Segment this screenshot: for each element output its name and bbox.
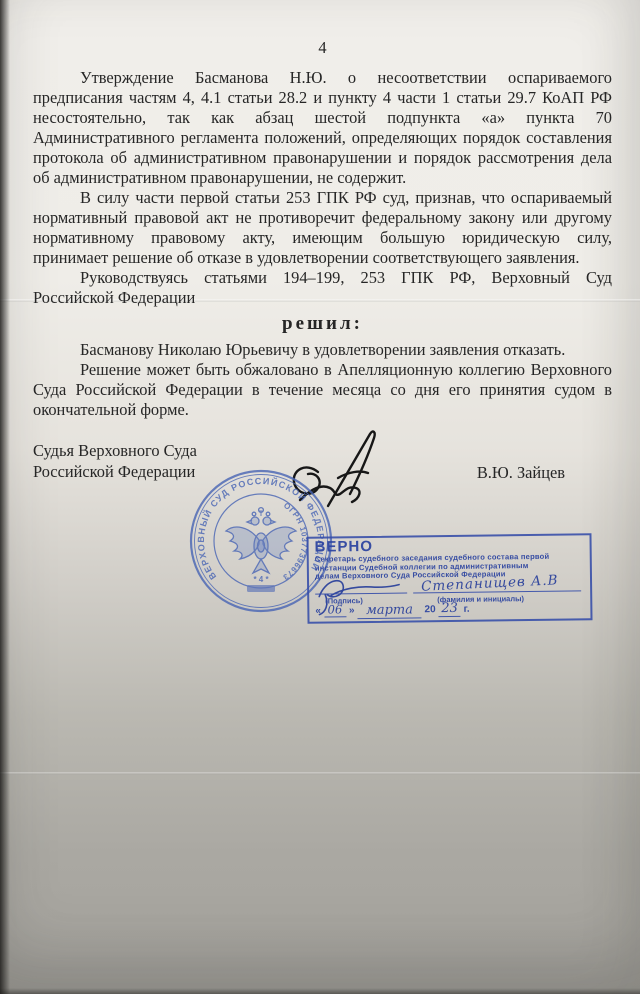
verno-certification-stamp: ВЕРНО Секретарь судебного заседания суде…	[306, 533, 592, 623]
paragraph-law-basis: В силу части первой статьи 253 ГПК РФ су…	[33, 188, 612, 268]
quote-close: »	[349, 605, 355, 616]
double-headed-eagle-icon	[226, 508, 296, 573]
document-body: 4 Утверждение Басманова Н.Ю. о несоответ…	[33, 38, 612, 420]
page-number: 4	[33, 38, 612, 58]
paragraph-objection: Утверждение Басманова Н.Ю. о несоответст…	[33, 68, 612, 188]
year-prefix: 20	[424, 604, 435, 615]
judge-role-line1: Судья Верховного Суда	[33, 440, 612, 461]
paper-crease	[0, 772, 640, 775]
seal-bottom-banner	[247, 585, 275, 592]
paragraph-guided-by: Руководствуясь статьями 194–199, 253 ГПК…	[33, 268, 612, 308]
paragraph-appeal: Решение может быть обжаловано в Апелляци…	[33, 360, 612, 420]
quote-open: «	[315, 606, 321, 617]
stamp-title: ВЕРНО	[315, 538, 374, 556]
ruling-heading: решил:	[33, 311, 612, 337]
seal-number: * 4 *	[253, 575, 269, 584]
handwritten-year: 23	[439, 601, 461, 617]
stamp-date-row: « 06 » марта 20 23 г.	[315, 601, 469, 619]
year-suffix: г.	[464, 604, 470, 615]
photo-bottom-edge-shadow	[0, 988, 640, 994]
judge-name: В.Ю. Зайцев	[477, 462, 565, 483]
handwritten-month: марта	[357, 602, 421, 619]
photo-left-edge-shadow	[0, 0, 10, 994]
scanned-court-decision-page: 4 Утверждение Басманова Н.Ю. о несоответ…	[0, 0, 640, 994]
handwritten-day: 06	[324, 602, 346, 617]
paragraph-decision: Басманову Николаю Юрьевичу в удовлетворе…	[33, 340, 612, 360]
